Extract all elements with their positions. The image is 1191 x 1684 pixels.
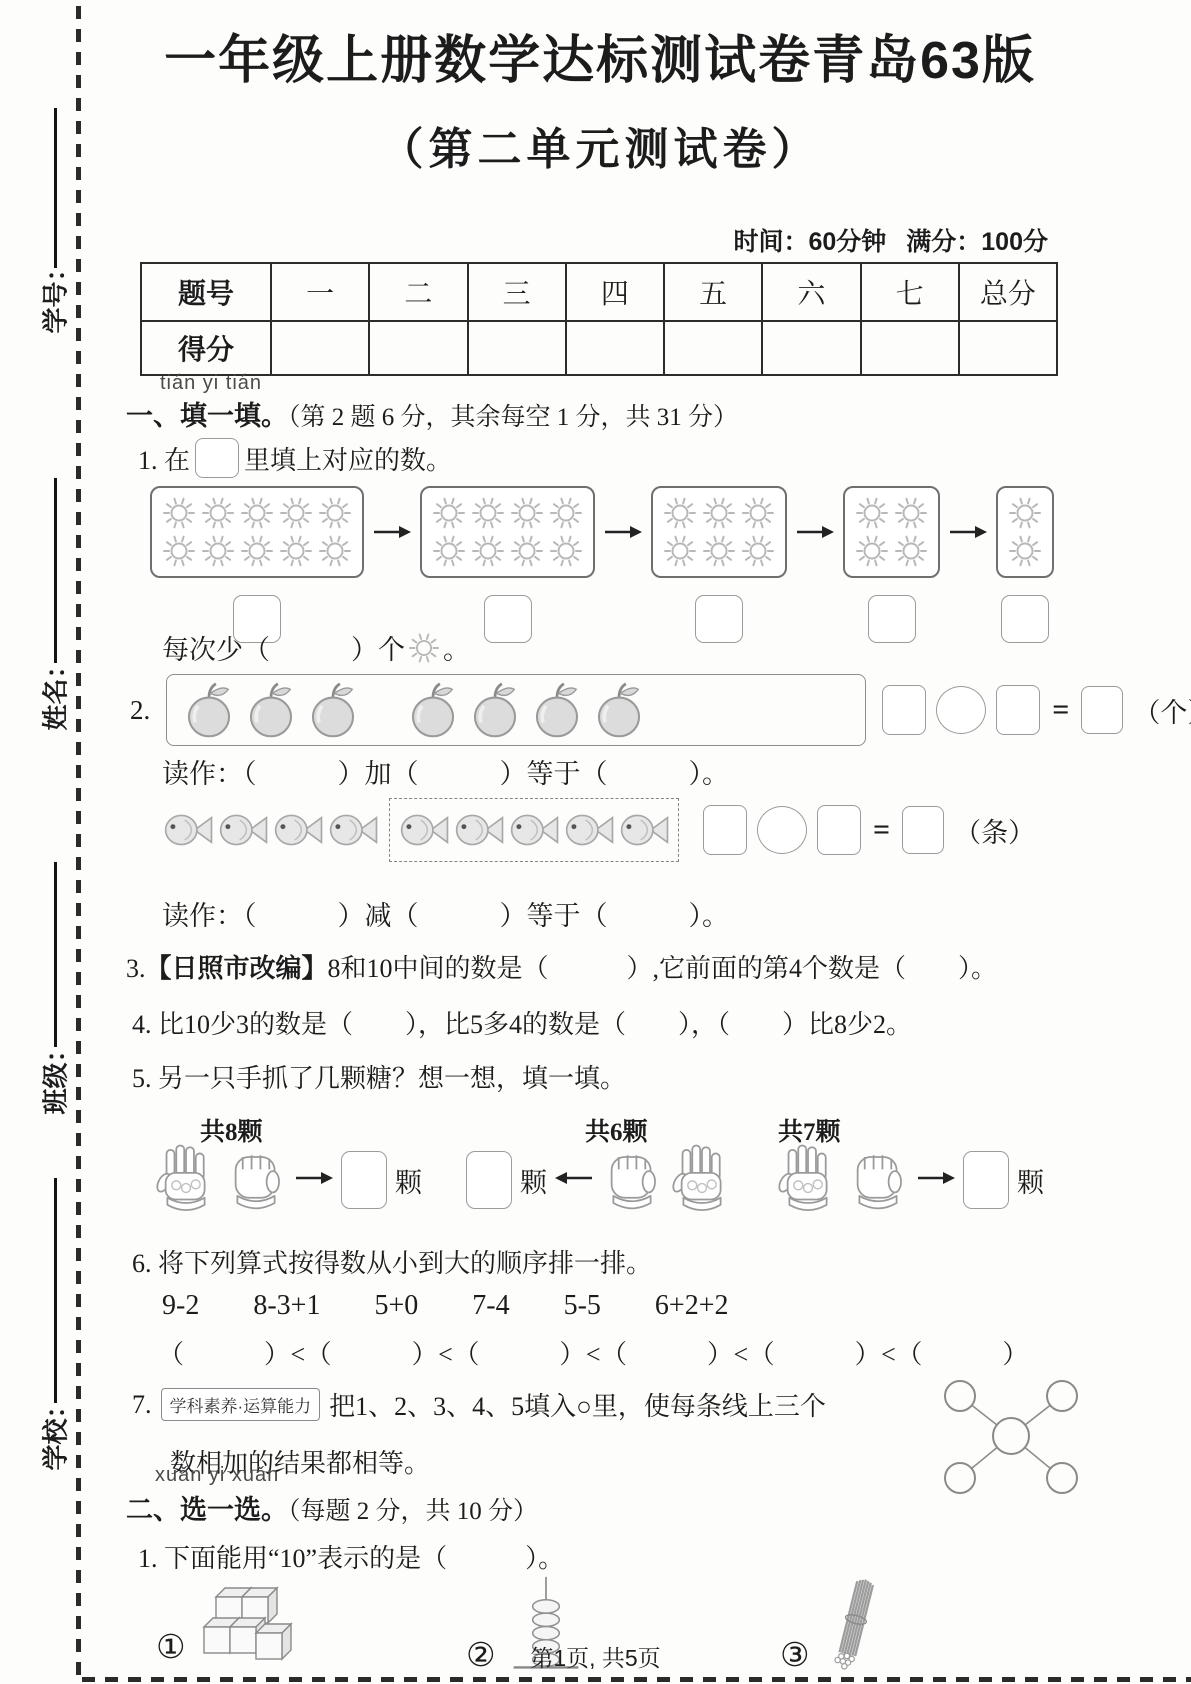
question-3-number: 3. (126, 954, 146, 983)
apple-equation: = （个） (882, 685, 1191, 735)
question-7-line1: 把1、2、3、4、5填入○里，使每条线上三个 (329, 1386, 826, 1423)
sun-icon (278, 533, 314, 569)
expression: 9-2 (162, 1290, 199, 1322)
section-two-heading: 二、选一选。（每题 2 分，共 10 分） (126, 1488, 538, 1527)
question-1-post: 里填上对应的数。 (244, 440, 452, 477)
sun-count-group (150, 486, 364, 643)
candy-hands-block: 共8颗 共6颗 共7颗 颗 颗 颗 (0, 1112, 1191, 1237)
apple-icon (243, 681, 299, 739)
pinyin-annotation: xuǎn yi xuǎn (155, 1464, 279, 1487)
question-2-number: 2. (130, 695, 150, 726)
fish-icon (162, 811, 214, 849)
score-col-header: 四 (566, 263, 664, 321)
result-box (902, 806, 944, 854)
sun-box (651, 486, 787, 578)
sun-icon (854, 495, 890, 531)
score-cell (566, 321, 664, 375)
arrow-right-icon (949, 524, 987, 545)
arrow-right-icon (604, 524, 642, 545)
question-2-apples: 2. = （个） (130, 674, 1191, 746)
sun-icon (317, 533, 353, 569)
sun-icon (407, 631, 441, 665)
sun-icon (1007, 533, 1043, 569)
choice-options-row: ① ② (0, 1575, 1191, 1650)
sun-box (843, 486, 940, 578)
minuend-box (703, 805, 747, 855)
expression: 8-3+1 (253, 1290, 320, 1322)
candy-group: 颗 (777, 1142, 1044, 1218)
sun-icon (893, 533, 929, 569)
score-row-label: 得分 (141, 321, 271, 375)
margin-field-label: 班级： (36, 1026, 73, 1126)
sun-icon (701, 533, 737, 569)
sun-box (420, 486, 595, 578)
score-col-header: 一 (271, 263, 369, 321)
sun-icon (470, 495, 506, 531)
read-aloud-subtraction: 读作：（ ）减（ ）等于（ ）。 (162, 894, 729, 933)
candy-answer-box (341, 1151, 387, 1209)
fist-hand-icon (847, 1142, 909, 1218)
bottom-dashed-line (82, 1677, 1191, 1682)
fish-icon (508, 811, 560, 849)
sun-icon (701, 495, 737, 531)
score-col-header: 二 (369, 263, 467, 321)
sun-caption: 每次少（ ）个 。 (162, 628, 470, 667)
ordering-blanks: （ ）<（ ）<（ ）<（ ）<（ ）<（ ） (158, 1334, 1029, 1371)
sun-icon (662, 495, 698, 531)
question-4-text: 4. 比10少3的数是（ ），比5多4的数是（ ），（ ）比8少2。 (132, 1004, 912, 1041)
sun-count-group (996, 486, 1054, 643)
fist-hand-icon (225, 1142, 287, 1218)
open-hand-icon (777, 1142, 839, 1218)
sun-icon (854, 533, 890, 569)
apple-icon (405, 681, 461, 739)
candy-group: 颗 (466, 1142, 733, 1218)
write-line (54, 478, 57, 663)
question-7-number: 7. (132, 1390, 152, 1420)
section-one-note: （第 2 题 6 分，其余每空 1 分，共 31 分） (288, 404, 738, 431)
fish-icon (272, 811, 324, 849)
subtrahend-box (817, 805, 861, 855)
sun-icon (317, 495, 353, 531)
binding-dashed-line (76, 6, 81, 1678)
expression: 7-4 (472, 1290, 509, 1322)
fish-icon (618, 811, 670, 849)
sun-count-group (843, 486, 940, 643)
sun-icon (740, 495, 776, 531)
score-table-header-row: 题号一二三四五六七总分 (141, 263, 1057, 321)
fish-icon (563, 811, 615, 849)
expression: 5+0 (374, 1290, 418, 1322)
result-box (1081, 686, 1123, 734)
sun-box (996, 486, 1054, 578)
question-6-text: 6. 将下列算式按得数从小到大的顺序排一排。 (132, 1243, 652, 1280)
section-two-title: 二、选一选。 (126, 1495, 288, 1525)
candy-unit: 颗 (395, 1161, 422, 1200)
equals-sign: = (871, 813, 892, 847)
test-paper-page: 学号：姓名：班级：学校： 一年级上册数学达标测试卷青岛63版 （第二单元测试卷）… (0, 0, 1191, 1684)
score-table-value-row: 得分 (141, 321, 1057, 375)
read-aloud-addition: 读作：（ ）加（ ）等于（ ）。 (162, 752, 729, 791)
unit-label: （个） (1133, 691, 1191, 730)
candy-hands-row: 颗 颗 颗 (155, 1142, 1044, 1218)
fish-equation: = （条） (703, 805, 1035, 855)
count-answer-box (868, 595, 916, 643)
sun-icon (740, 533, 776, 569)
fish-icon (327, 811, 379, 849)
page-footer: 第1页, 共5页 (0, 1640, 1191, 1673)
section-one-title: 一、填一填。 (126, 401, 288, 431)
apple-icon (529, 681, 585, 739)
full-score: 满分：100分 (906, 222, 1048, 258)
competency-badge: 学科素养·运算能力 (161, 1388, 321, 1421)
open-hand-icon (671, 1142, 733, 1218)
addend-box (882, 685, 926, 735)
score-cell (468, 321, 566, 375)
sun-caption-pre: 每次少（ ）个 (162, 628, 405, 667)
score-cell (762, 321, 860, 375)
choice-question-1-text: 1. 下面能用“10”表示的是（ ）。 (138, 1538, 564, 1575)
apple-icon (591, 681, 647, 739)
sun-icon (239, 495, 275, 531)
circle-cross-diagram (936, 1372, 1086, 1502)
margin-field-label: 学校： (36, 1382, 73, 1482)
sun-icon (239, 533, 275, 569)
fish-icon (217, 811, 269, 849)
arrow-right-icon (295, 1170, 333, 1191)
sun-sequence (150, 486, 1054, 643)
arrow-right-icon (796, 524, 834, 545)
apple-icon (305, 681, 361, 739)
sun-icon (278, 495, 314, 531)
question-3-body: 8和10中间的数是（ ）,它前面的第4个数是（ ）。 (328, 954, 998, 983)
candy-group: 颗 (155, 1142, 422, 1218)
fist-hand-icon (601, 1142, 663, 1218)
sun-icon (1007, 495, 1043, 531)
time-limit: 时间：60分钟 (733, 222, 886, 258)
question-3-text: 3.【日照市改编】8和10中间的数是（ ）,它前面的第4个数是（ ）。 (126, 948, 997, 985)
inline-answer-box (195, 438, 239, 478)
apple-icon (467, 681, 523, 739)
score-table: 题号一二三四五六七总分 得分 (140, 262, 1058, 376)
sun-caption-post: 。 (443, 628, 470, 667)
score-col-header: 五 (664, 263, 762, 321)
apple-strip (166, 674, 866, 746)
expression-row: 9-28-3+15+07-45-56+2+2 (162, 1290, 729, 1322)
page-title: 一年级上册数学达标测试卷青岛63版 (100, 32, 1100, 92)
sun-icon (431, 533, 467, 569)
sun-icon (470, 533, 506, 569)
candy-answer-box (466, 1151, 512, 1209)
source-badge: 【日照市改编】 (146, 954, 328, 983)
arrow-right-icon (373, 524, 411, 545)
sun-icon (509, 495, 545, 531)
sun-icon (662, 533, 698, 569)
score-cell (664, 321, 762, 375)
question-5-text: 5. 另一只手抓了几颗糖？想一想，填一填。 (132, 1058, 626, 1095)
section-one-heading: 一、填一填。（第 2 题 6 分，其余每空 1 分，共 31 分） (126, 394, 738, 433)
score-cell (369, 321, 467, 375)
unit-label: （条） (954, 811, 1035, 850)
score-cell (271, 321, 369, 375)
candy-answer-box (963, 1151, 1009, 1209)
count-answer-box (1001, 595, 1049, 643)
operator-circle (757, 806, 807, 854)
sun-count-group (651, 486, 787, 643)
operator-circle (936, 686, 986, 734)
sun-count-group (420, 486, 595, 643)
question-7-line2: 数相加的结果都相等。 (170, 1443, 942, 1480)
fish-icon (398, 811, 450, 849)
arrow-right-icon (917, 1170, 955, 1191)
margin-field-label: 姓名： (36, 642, 73, 742)
score-col-header: 三 (468, 263, 566, 321)
equals-sign: = (1050, 693, 1071, 727)
sun-icon (431, 495, 467, 531)
sun-icon (161, 533, 197, 569)
count-answer-box (484, 595, 532, 643)
expression: 6+2+2 (655, 1290, 729, 1322)
fish-strip: = （条） (162, 798, 1035, 862)
addend-box (996, 685, 1040, 735)
candy-unit: 颗 (1017, 1161, 1044, 1200)
sun-icon (161, 495, 197, 531)
score-cell (861, 321, 959, 375)
apple-group (405, 681, 647, 739)
sun-icon (548, 495, 584, 531)
write-line (54, 862, 57, 1047)
count-answer-box (695, 595, 743, 643)
question-1-text: 1. 在 里填上对应的数。 (138, 438, 452, 478)
sun-icon (893, 495, 929, 531)
open-hand-icon (155, 1142, 217, 1218)
sun-box (150, 486, 364, 578)
score-table-label: 题号 (141, 263, 271, 321)
question-1-pre: 1. 在 (138, 440, 190, 477)
section-two-note: （每题 2 分，共 10 分） (288, 1498, 538, 1525)
page-subtitle: （第二单元测试卷） (100, 126, 1100, 174)
pinyin-annotation: tián yi tián (160, 372, 262, 395)
fish-group-dashed-box (389, 798, 679, 862)
arrow-left-icon (555, 1170, 593, 1191)
fish-icon (453, 811, 505, 849)
sun-icon (548, 533, 584, 569)
apple-group (181, 681, 361, 739)
expression: 5-5 (564, 1290, 601, 1322)
exam-meta: 时间：60分钟 满分：100分 (400, 222, 1048, 258)
score-cell (959, 321, 1057, 375)
fish-group (162, 811, 379, 849)
sun-icon (509, 533, 545, 569)
score-col-header: 六 (762, 263, 860, 321)
sun-icon (200, 533, 236, 569)
candy-unit: 颗 (520, 1161, 547, 1200)
sun-icon (200, 495, 236, 531)
score-col-header: 总分 (959, 263, 1057, 321)
score-col-header: 七 (861, 263, 959, 321)
apple-icon (181, 681, 237, 739)
margin-field-label: 学号： (36, 245, 73, 345)
